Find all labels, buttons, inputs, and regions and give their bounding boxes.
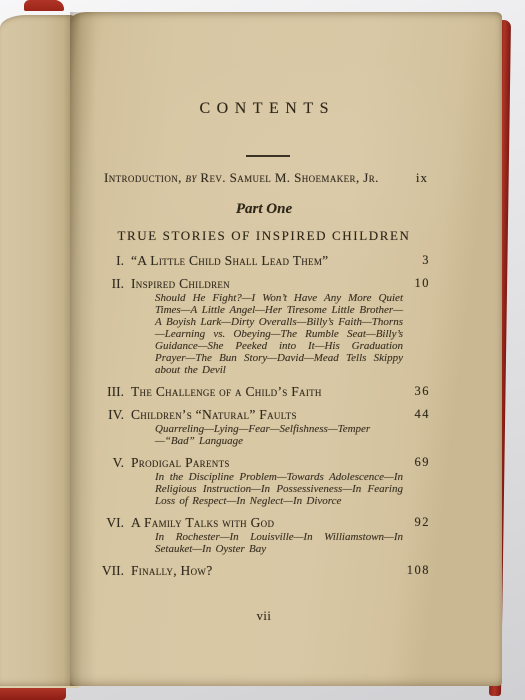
toc-row: II. Inspired Children 10 bbox=[98, 276, 430, 291]
table-of-contents: I. “A Little Child Shall Lead Them” 3 II… bbox=[98, 253, 430, 578]
introduction-entry: Introduction, by Rev. Samuel M. Shoemake… bbox=[104, 170, 428, 186]
toc-row: VI. A Family Talks with God 92 bbox=[98, 515, 430, 530]
chapter-numeral: VI. bbox=[98, 515, 124, 530]
toc-entry: V. Prodigal Parents 69 In the Discipline… bbox=[98, 455, 430, 507]
chapter-numeral: I. bbox=[98, 253, 124, 268]
introduction-by-word: by bbox=[185, 170, 196, 185]
toc-entry: IV. Children’s “Natural” Faults 44 Quarr… bbox=[98, 407, 430, 447]
toc-row: I. “A Little Child Shall Lead Them” 3 bbox=[98, 253, 430, 268]
chapter-subtopics: Should He Fight?—I Won’t Have Any More Q… bbox=[155, 292, 403, 376]
toc-entry: III. The Challenge of a Child’s Faith 36 bbox=[98, 384, 430, 399]
chapter-title: Finally, How? bbox=[131, 563, 396, 578]
toc-row: VII. Finally, How? 108 bbox=[98, 563, 430, 578]
chapter-page-number: 69 bbox=[396, 455, 430, 470]
contents-page: CONTENTS Introduction, by Rev. Samuel M.… bbox=[70, 12, 502, 686]
chapter-numeral: IV. bbox=[98, 407, 124, 422]
introduction-text: Introduction, by Rev. Samuel M. Shoemake… bbox=[104, 170, 379, 186]
chapter-page-number: 36 bbox=[396, 384, 430, 399]
chapter-title: “A Little Child Shall Lead Them” bbox=[131, 253, 396, 268]
folio-page-number: vii bbox=[98, 609, 430, 624]
introduction-page-number: ix bbox=[416, 170, 428, 186]
title-rule bbox=[246, 155, 290, 157]
chapter-page-number: 92 bbox=[396, 515, 430, 530]
chapter-subtopics: In the Discipline Problem—Towards Adoles… bbox=[155, 471, 403, 507]
book-photo: CONTENTS Introduction, by Rev. Samuel M.… bbox=[0, 0, 525, 700]
chapter-numeral: III. bbox=[98, 384, 124, 399]
page-title: CONTENTS bbox=[98, 100, 430, 118]
chapter-numeral: V. bbox=[98, 455, 124, 470]
chapter-title: The Challenge of a Child’s Faith bbox=[131, 384, 396, 399]
chapter-page-number: 3 bbox=[396, 253, 430, 268]
chapter-title: Children’s “Natural” Faults bbox=[131, 407, 396, 422]
chapter-title: Inspired Children bbox=[131, 276, 396, 291]
toc-entry: I. “A Little Child Shall Lead Them” 3 bbox=[98, 253, 430, 268]
chapter-title: Prodigal Parents bbox=[131, 455, 396, 470]
part-title: TRUE STORIES OF INSPIRED CHILDREN bbox=[98, 228, 430, 244]
chapter-numeral: VII. bbox=[98, 563, 124, 578]
chapter-subtopics: Quarreling—Lying—Fear—Selfishness—Temper… bbox=[155, 423, 403, 447]
facing-page-edge bbox=[0, 15, 79, 688]
chapter-page-number: 108 bbox=[396, 563, 430, 578]
part-name: Part One bbox=[98, 201, 430, 218]
introduction-label: Introduction, bbox=[104, 170, 182, 185]
toc-row: V. Prodigal Parents 69 bbox=[98, 455, 430, 470]
chapter-numeral: II. bbox=[98, 276, 124, 291]
toc-entry: II. Inspired Children 10 Should He Fight… bbox=[98, 276, 430, 376]
toc-entry: VII. Finally, How? 108 bbox=[98, 563, 430, 578]
chapter-page-number: 44 bbox=[396, 407, 430, 422]
chapter-page-number: 10 bbox=[396, 276, 430, 291]
red-cover-bottom-left bbox=[0, 686, 66, 700]
toc-entry: VI. A Family Talks with God 92 In Roches… bbox=[98, 515, 430, 555]
red-cover-top-left bbox=[24, 0, 64, 11]
chapter-title: A Family Talks with God bbox=[131, 515, 396, 530]
chapter-subtopics: In Rochester—In Louisville—In Williamsto… bbox=[155, 531, 403, 555]
page-content: CONTENTS Introduction, by Rev. Samuel M.… bbox=[98, 12, 430, 686]
toc-row: III. The Challenge of a Child’s Faith 36 bbox=[98, 384, 430, 399]
toc-row: IV. Children’s “Natural” Faults 44 bbox=[98, 407, 430, 422]
gutter-shadow bbox=[70, 12, 96, 686]
introduction-author: Rev. Samuel M. Shoemaker, Jr. bbox=[200, 170, 378, 185]
